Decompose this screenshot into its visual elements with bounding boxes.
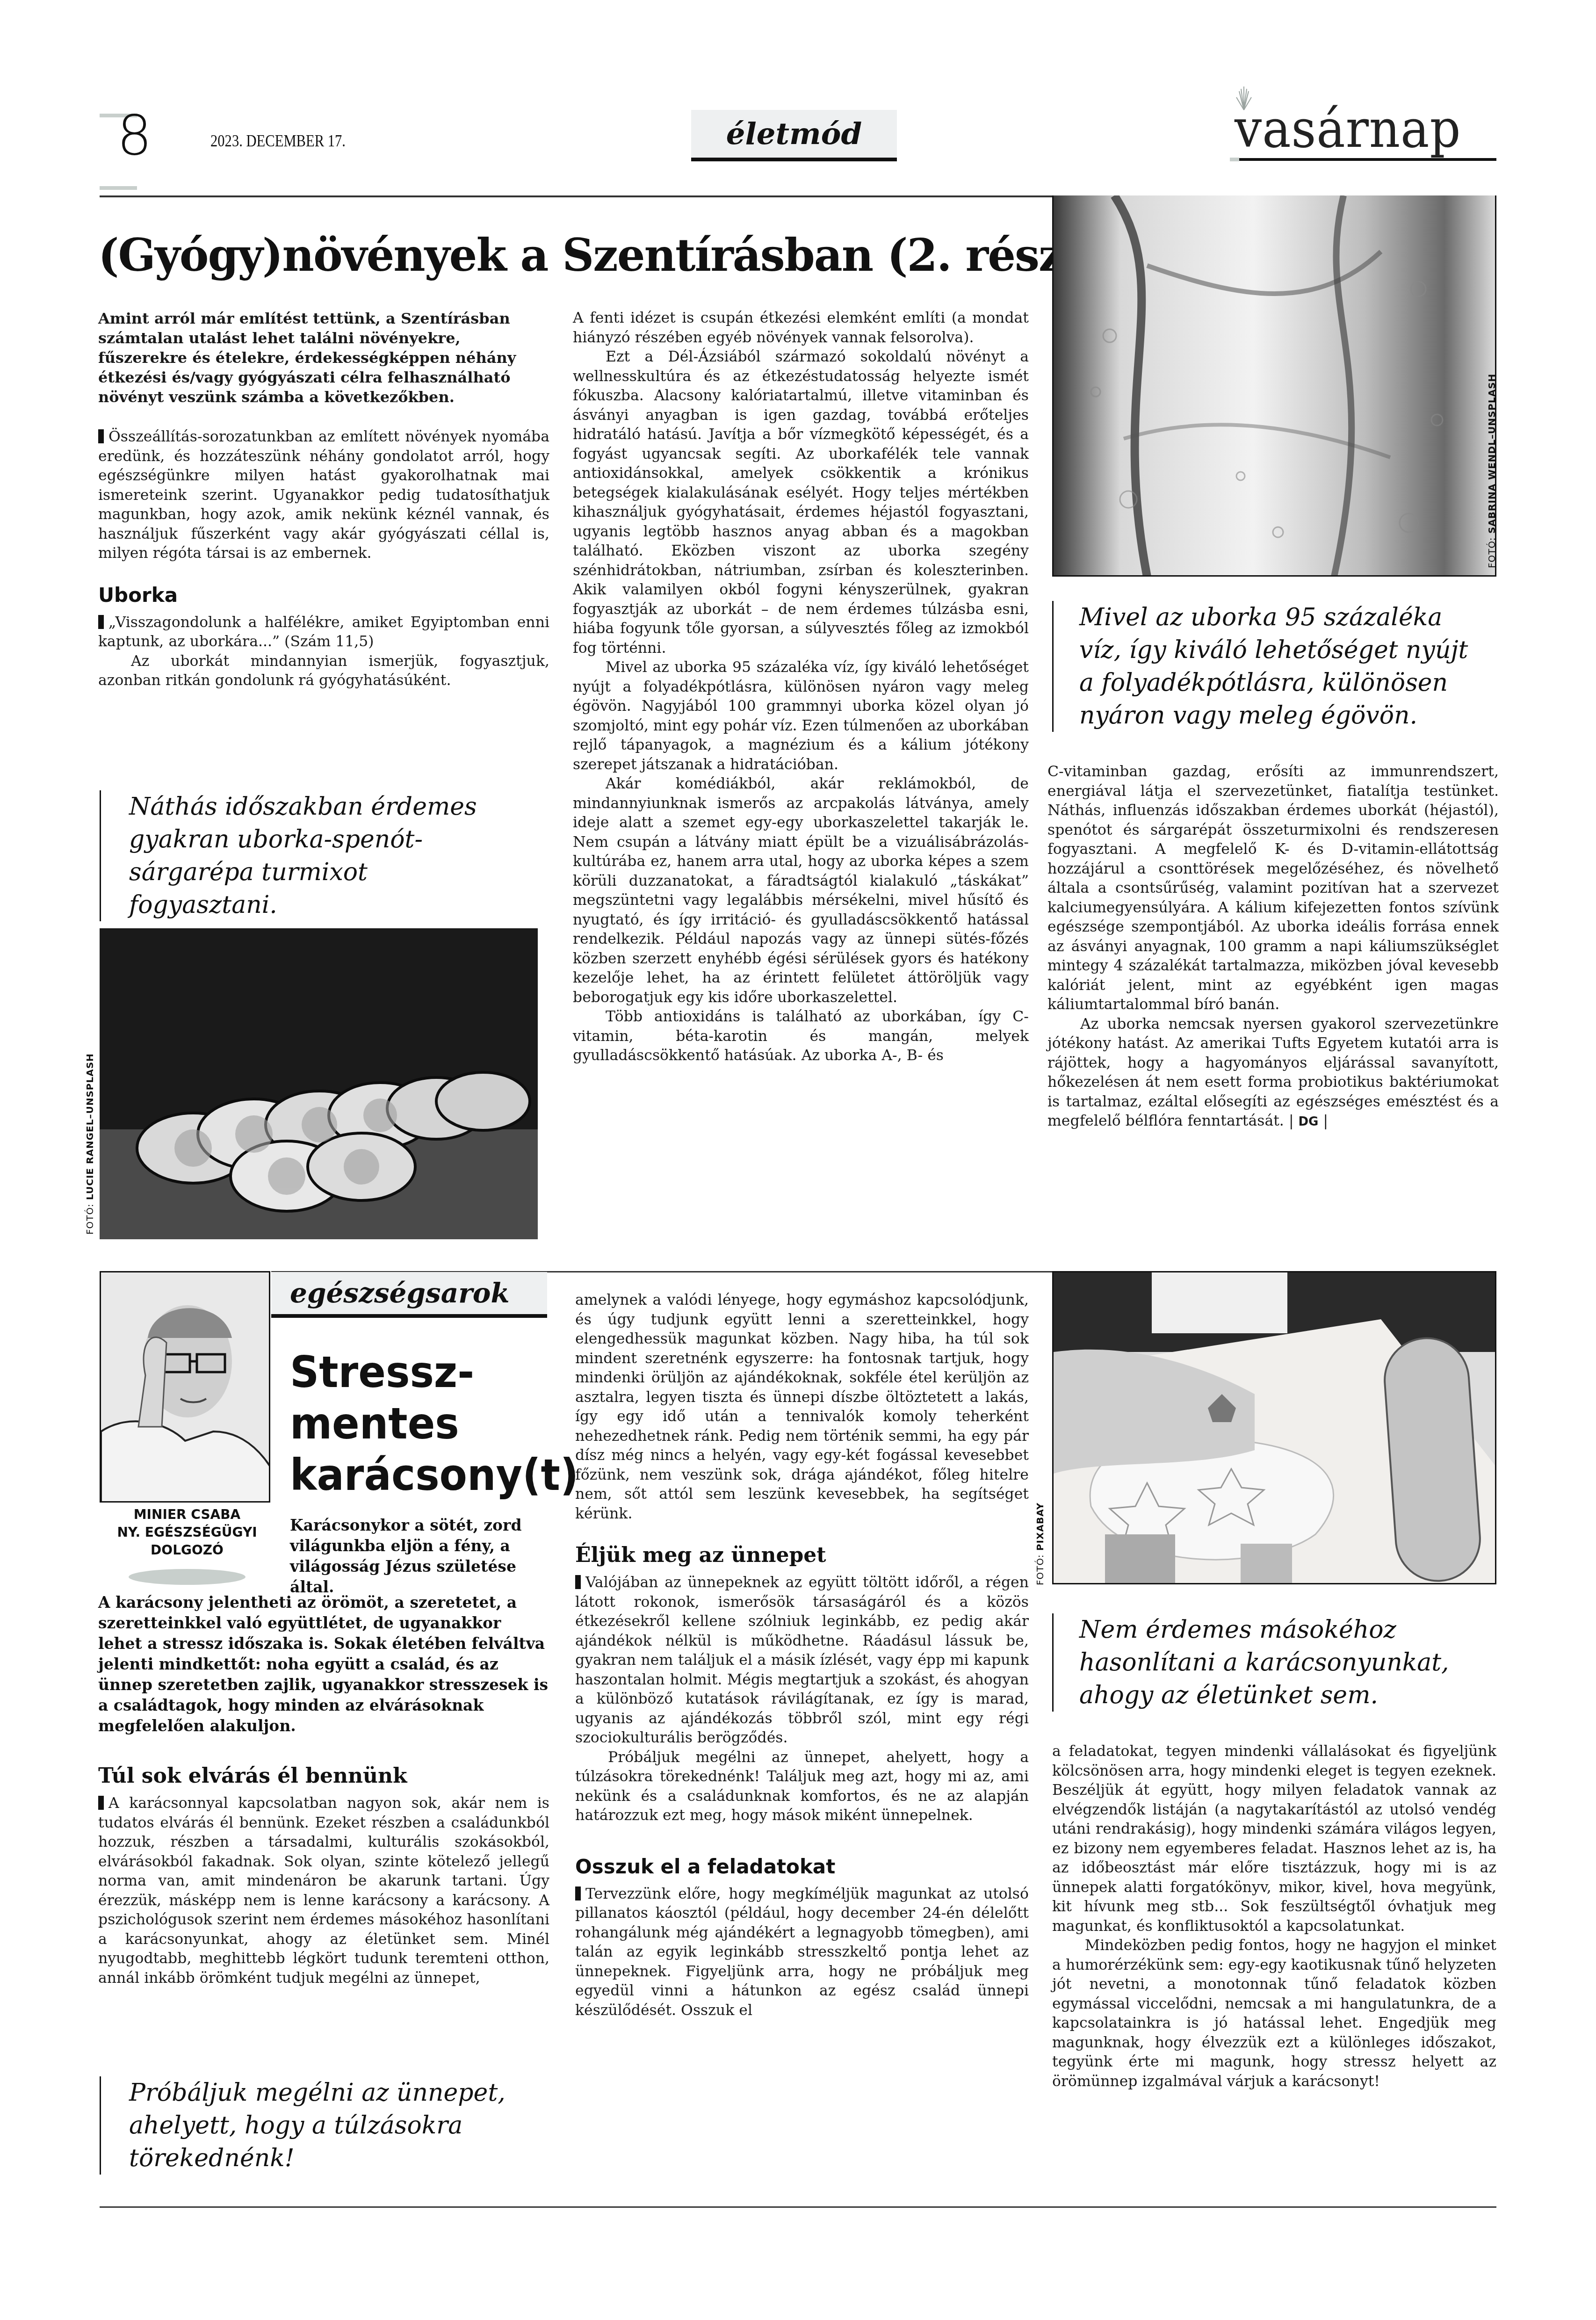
photo-credit-cucumber: FOTÓ: LUCIE RANGEL–UNSPLASH: [84, 1053, 95, 1235]
paragraph-marker: [98, 1796, 104, 1810]
masthead-rule: [1239, 158, 1496, 161]
author-decor-oval: [129, 1569, 246, 1585]
column-label-text: egészségsarok: [290, 1277, 510, 1309]
subhead-unnep: Éljük meg az ünnepet: [575, 1542, 1029, 1568]
article-lead: Amint arról már említést tettünk, a Szen…: [98, 309, 549, 407]
col1-paragraph: A karácsonnyal kapcsolatban nagyon sok, …: [98, 1794, 549, 1988]
col2-paragraph: Próbáljuk megélni az ünnepet, ahelyett, …: [575, 1748, 1029, 1826]
author-byline: MINIER CSABA NY. EGÉSZSÉGÜGYI DOLGOZÓ: [98, 1506, 276, 1559]
subhead-uborka: Uborka: [98, 582, 549, 608]
header-rule: [100, 195, 1058, 197]
article2-column-2: amelynek a valódi lényege, hogy egymásho…: [575, 1291, 1029, 2020]
col2-paragraph: Mivel az uborka 95 százaléka víz, így ki…: [573, 658, 1029, 774]
cucumber-slices-photo: [100, 928, 538, 1239]
masthead-rule-accent: [1230, 158, 1239, 161]
author-signature: DG: [1299, 1115, 1319, 1129]
author-portrait: [100, 1271, 270, 1503]
col1-paragraph: Az uborkát mindannyian ismerjük, fogyasz…: [98, 652, 549, 691]
col3-paragraph: C-vitaminban gazdag, erősíti az immunren…: [1047, 762, 1499, 1015]
paragraph-marker: [98, 429, 104, 443]
article1-column-1: Amint arról már említést tettünk, a Szen…: [98, 309, 549, 691]
col3-paragraph: a feladatokat, tegyen mindenki vállaláso…: [1052, 1742, 1496, 1936]
article2-deck: Karácsonykor a sötét, zord világunkba el…: [290, 1515, 552, 1597]
section-label-text: életmód: [726, 116, 862, 152]
article2-column-3: a feladatokat, tegyen mindenki vállaláso…: [1052, 1742, 1496, 2091]
photo-credit-baking: FOTÓ: PIXABAY: [1034, 1503, 1046, 1585]
paragraph-marker: [575, 1575, 581, 1589]
paragraph-marker: [575, 1886, 581, 1901]
author-role: NY. EGÉSZSÉGÜGYI: [98, 1524, 276, 1541]
baking-image: [1054, 1272, 1496, 1584]
cucumber-water-image: [1054, 195, 1496, 577]
article1-column-3: C-vitaminban gazdag, erősíti az immunren…: [1047, 762, 1499, 1132]
article1-column-2: A fenti idézet is csupán étkezési elemké…: [573, 309, 1029, 1066]
col2-paragraph: A fenti idézet is csupán étkezési elemké…: [573, 309, 1029, 347]
issue-date: 2023. DECEMBER 17.: [210, 131, 346, 151]
footer-rule: [100, 2206, 1496, 2208]
column-label: egészségsarok: [271, 1272, 547, 1318]
cucumber-water-photo: [1052, 195, 1496, 577]
pullquote-right: Mivel az uborka 95 százaléka víz, így ki…: [1052, 601, 1482, 732]
page-number-bar-bottom: [100, 186, 137, 190]
author-portrait-image: [101, 1272, 270, 1503]
col3-paragraph: Az uborka nemcsak nyersen gyakorol szerv…: [1047, 1015, 1499, 1132]
page-number: 8: [117, 108, 152, 163]
masthead-text: vasárnap: [1235, 103, 1461, 155]
subhead-elvaras: Túl sok elvárás él bennünk: [98, 1763, 549, 1789]
author-name: MINIER CSABA: [98, 1506, 276, 1524]
baking-photo: [1052, 1271, 1496, 1584]
pullquote-bottom-right: Nem érdemes másokéhoz hasonlítani a kará…: [1052, 1613, 1482, 1712]
col2-paragraph: Ezt a Dél-Ázsiából származó sokoldalú nö…: [573, 347, 1029, 658]
photo-credit-top: FOTÓ: SABRINA WENDL–UNSPLASH: [1486, 374, 1497, 568]
masthead-logo: vasárnap: [1235, 94, 1496, 159]
paragraph-marker: [98, 615, 104, 629]
pullquote-left: Náthás időszakban érdemes gyakran uborka…: [100, 790, 520, 921]
section-label: életmód: [691, 110, 897, 161]
pullquote-bottom-left: Próbáljuk megélni az ünnepet, ahelyett, …: [100, 2076, 520, 2175]
author-role: DOLGOZÓ: [98, 1541, 276, 1559]
col2-paragraph: Több antioxidáns is található az uborkáb…: [573, 1007, 1029, 1066]
article2-lead: A karácsony jelentheti az örömöt, a szer…: [98, 1592, 549, 1736]
bible-quote: „Visszagondolunk a halfélékre, amiket Eg…: [98, 613, 549, 652]
article2-column-1: Túl sok elvárás él bennünk A karácsonnya…: [98, 1749, 549, 1988]
article2-title: Stressz- mentes karácsony(t): [290, 1347, 578, 1501]
col2-paragraph: Akár komédiákból, akár reklámokból, de m…: [573, 774, 1029, 1007]
col2-paragraph: Valójában az ünnepeknek az együtt töltöt…: [575, 1573, 1029, 1748]
subhead-feladatok: Osszuk el a feladatokat: [575, 1854, 1029, 1880]
intro-paragraph: Összeállítás-sorozatunkban az említett n…: [98, 427, 549, 564]
col2-paragraph: amelynek a valódi lényege, hogy egymásho…: [575, 1291, 1029, 1524]
cucumber-slices-image: [100, 928, 538, 1239]
article-title: (Gyógy)növények a Szentírásban (2. rész): [98, 228, 1083, 282]
col2-paragraph: Tervezzünk előre, hogy megkíméljük magun…: [575, 1885, 1029, 2021]
col3-paragraph: Mindeközben pedig fontos, hogy ne hagyjo…: [1052, 1936, 1496, 2091]
